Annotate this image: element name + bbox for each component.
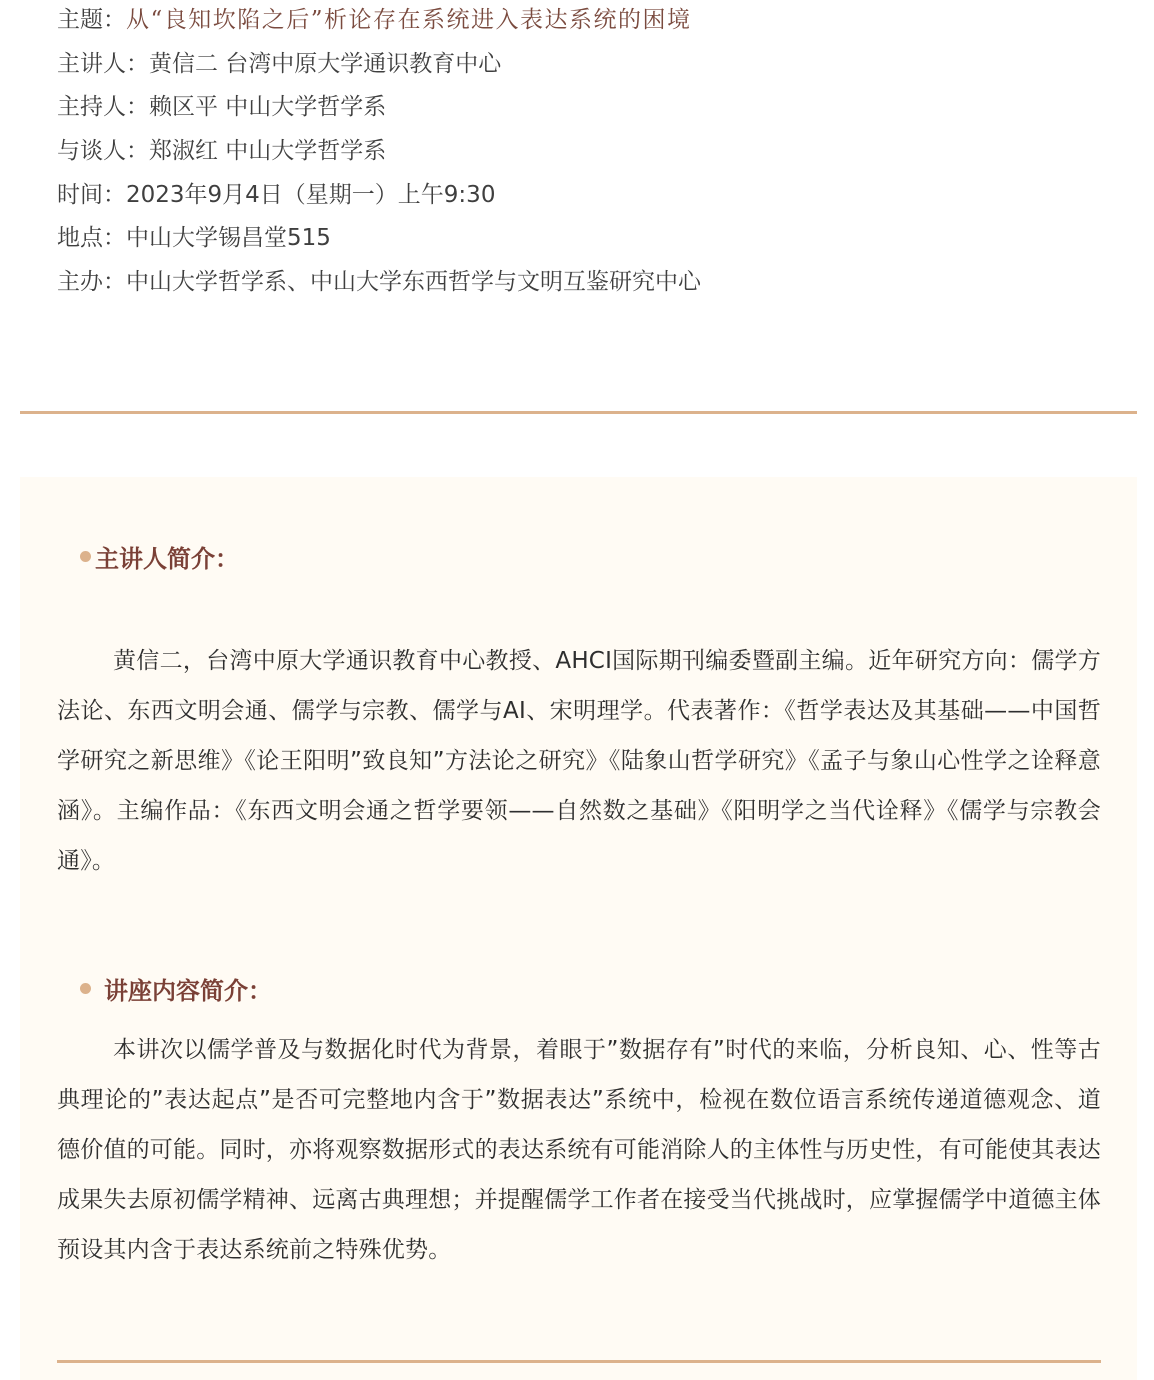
info-label: 与谈人： xyxy=(57,138,149,164)
info-value: 中山大学锡昌堂515 xyxy=(126,225,331,251)
info-value: 黄信二 台湾中原大学通识教育中心 xyxy=(149,51,501,77)
info-label: 时间： xyxy=(57,182,126,208)
section-heading-text: 主讲人简介： xyxy=(95,539,239,574)
info-label: 主题： xyxy=(57,7,126,33)
bullet-dot-icon xyxy=(80,983,91,994)
info-label: 地点： xyxy=(57,225,126,251)
info-host: 主持人：赖区平 中山大学哲学系 xyxy=(57,86,1117,131)
intro-panel: 主讲人简介： 黄信二，台湾中原大学通识教育中心教授、AHCI国际期刊编委暨副主编… xyxy=(20,477,1137,1380)
event-info: 主题：从“良知坎陷之后”析论存在系统进入表达系统的困境 主讲人：黄信二 台湾中原… xyxy=(57,0,1117,306)
info-value: 郑淑红 中山大学哲学系 xyxy=(149,138,386,164)
info-topic: 主题：从“良知坎陷之后”析论存在系统进入表达系统的困境 xyxy=(57,0,1117,44)
divider xyxy=(20,411,1137,414)
info-value: 2023年9月4日（星期一）上午9:30 xyxy=(126,182,495,208)
lecture-summary-text: 本讲次以儒学普及与数据化时代为背景，着眼于”数据存有”时代的来临，分析良知、心、… xyxy=(57,1025,1101,1275)
bullet-dot-icon xyxy=(80,551,91,562)
section-heading-lecture-summary: 讲座内容简介： xyxy=(80,971,272,1006)
speaker-bio-text: 黄信二，台湾中原大学通识教育中心教授、AHCI国际期刊编委暨副主编。近年研究方向… xyxy=(57,636,1101,886)
info-speaker: 主讲人：黄信二 台湾中原大学通识教育中心 xyxy=(57,43,1117,88)
section-heading-text: 讲座内容简介： xyxy=(104,971,272,1006)
info-value: 中山大学哲学系、中山大学东西哲学与文明互鉴研究中心 xyxy=(126,269,701,295)
info-value: 赖区平 中山大学哲学系 xyxy=(149,94,386,120)
info-organizer: 主办：中山大学哲学系、中山大学东西哲学与文明互鉴研究中心 xyxy=(57,261,1117,306)
info-label: 主讲人： xyxy=(57,51,149,77)
info-label: 主办： xyxy=(57,269,126,295)
info-label: 主持人： xyxy=(57,94,149,120)
info-location: 地点：中山大学锡昌堂515 xyxy=(57,217,1117,262)
section-heading-speaker-bio: 主讲人简介： xyxy=(80,539,239,574)
info-value: 从“良知坎陷之后”析论存在系统进入表达系统的困境 xyxy=(126,7,692,33)
info-time: 时间：2023年9月4日（星期一）上午9:30 xyxy=(57,174,1117,219)
divider xyxy=(57,1360,1101,1363)
info-discussant: 与谈人：郑淑红 中山大学哲学系 xyxy=(57,130,1117,175)
